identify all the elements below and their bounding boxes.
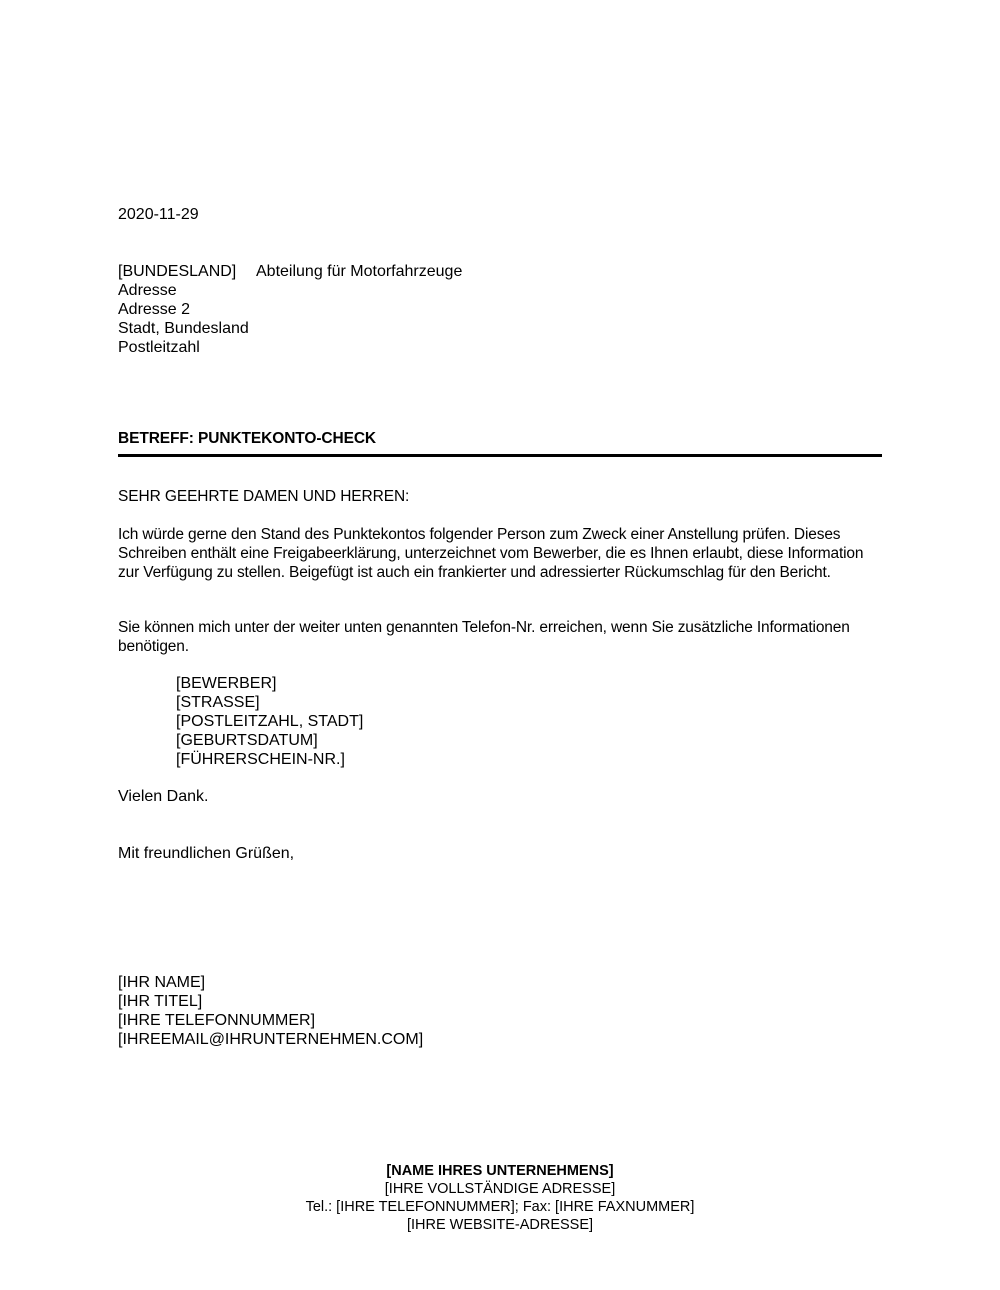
recipient-line-state: [BUNDESLAND]Abteilung für Motorfahrzeuge	[118, 262, 462, 281]
recipient-address-line: Adresse	[118, 281, 462, 300]
applicant-street-field: [STRASSE]	[176, 693, 363, 712]
body-paragraph: Sie können mich unter der weiter unten g…	[118, 618, 886, 656]
salutation: SEHR GEEHRTE DAMEN UND HERREN:	[118, 487, 409, 506]
recipient-address-line: Postleitzahl	[118, 338, 462, 357]
sender-name: [IHR NAME]	[118, 973, 423, 992]
footer-address: [IHRE VOLLSTÄNDIGE ADRESSE]	[0, 1180, 1000, 1198]
recipient-block: [BUNDESLAND]Abteilung für Motorfahrzeuge…	[118, 262, 462, 357]
subject-divider	[118, 454, 882, 457]
signature-block: [IHR NAME] [IHR TITEL] [IHRE TELEFONNUMM…	[118, 973, 423, 1049]
subject-line: BETREFF: PUNKTEKONTO-CHECK	[118, 429, 376, 448]
letter-page: 2020-11-29 [BUNDESLAND]Abteilung für Mot…	[0, 0, 1000, 1290]
recipient-address-line: Stadt, Bundesland	[118, 319, 462, 338]
letter-date: 2020-11-29	[118, 205, 199, 224]
applicant-city-field: [POSTLEITZAHL, STADT]	[176, 712, 363, 731]
closing-line: Mit freundlichen Grüßen,	[118, 844, 294, 863]
body-paragraph: Ich würde gerne den Stand des Punktekont…	[118, 525, 886, 582]
recipient-address-line: Adresse 2	[118, 300, 462, 319]
sender-phone: [IHRE TELEFONNUMMER]	[118, 1011, 423, 1030]
sender-email: [IHREEMAIL@IHRUNTERNEHMEN.COM]	[118, 1030, 423, 1049]
recipient-state: [BUNDESLAND]	[118, 262, 256, 281]
sender-title: [IHR TITEL]	[118, 992, 423, 1011]
footer-contact: Tel.: [IHRE TELEFONNUMMER]; Fax: [IHRE F…	[0, 1198, 1000, 1216]
footer-website: [IHRE WEBSITE-ADRESSE]	[0, 1216, 1000, 1234]
applicant-birthdate-field: [GEBURTSDATUM]	[176, 731, 363, 750]
applicant-license-field: [FÜHRERSCHEIN-NR.]	[176, 750, 363, 769]
footer-company-name: [NAME IHRES UNTERNEHMENS]	[0, 1162, 1000, 1180]
recipient-department: Abteilung für Motorfahrzeuge	[256, 263, 462, 280]
applicant-fields: [BEWERBER] [STRASSE] [POSTLEITZAHL, STAD…	[176, 674, 363, 769]
company-footer: [NAME IHRES UNTERNEHMENS] [IHRE VOLLSTÄN…	[0, 1162, 1000, 1234]
applicant-name-field: [BEWERBER]	[176, 674, 363, 693]
thanks-line: Vielen Dank.	[118, 787, 208, 806]
